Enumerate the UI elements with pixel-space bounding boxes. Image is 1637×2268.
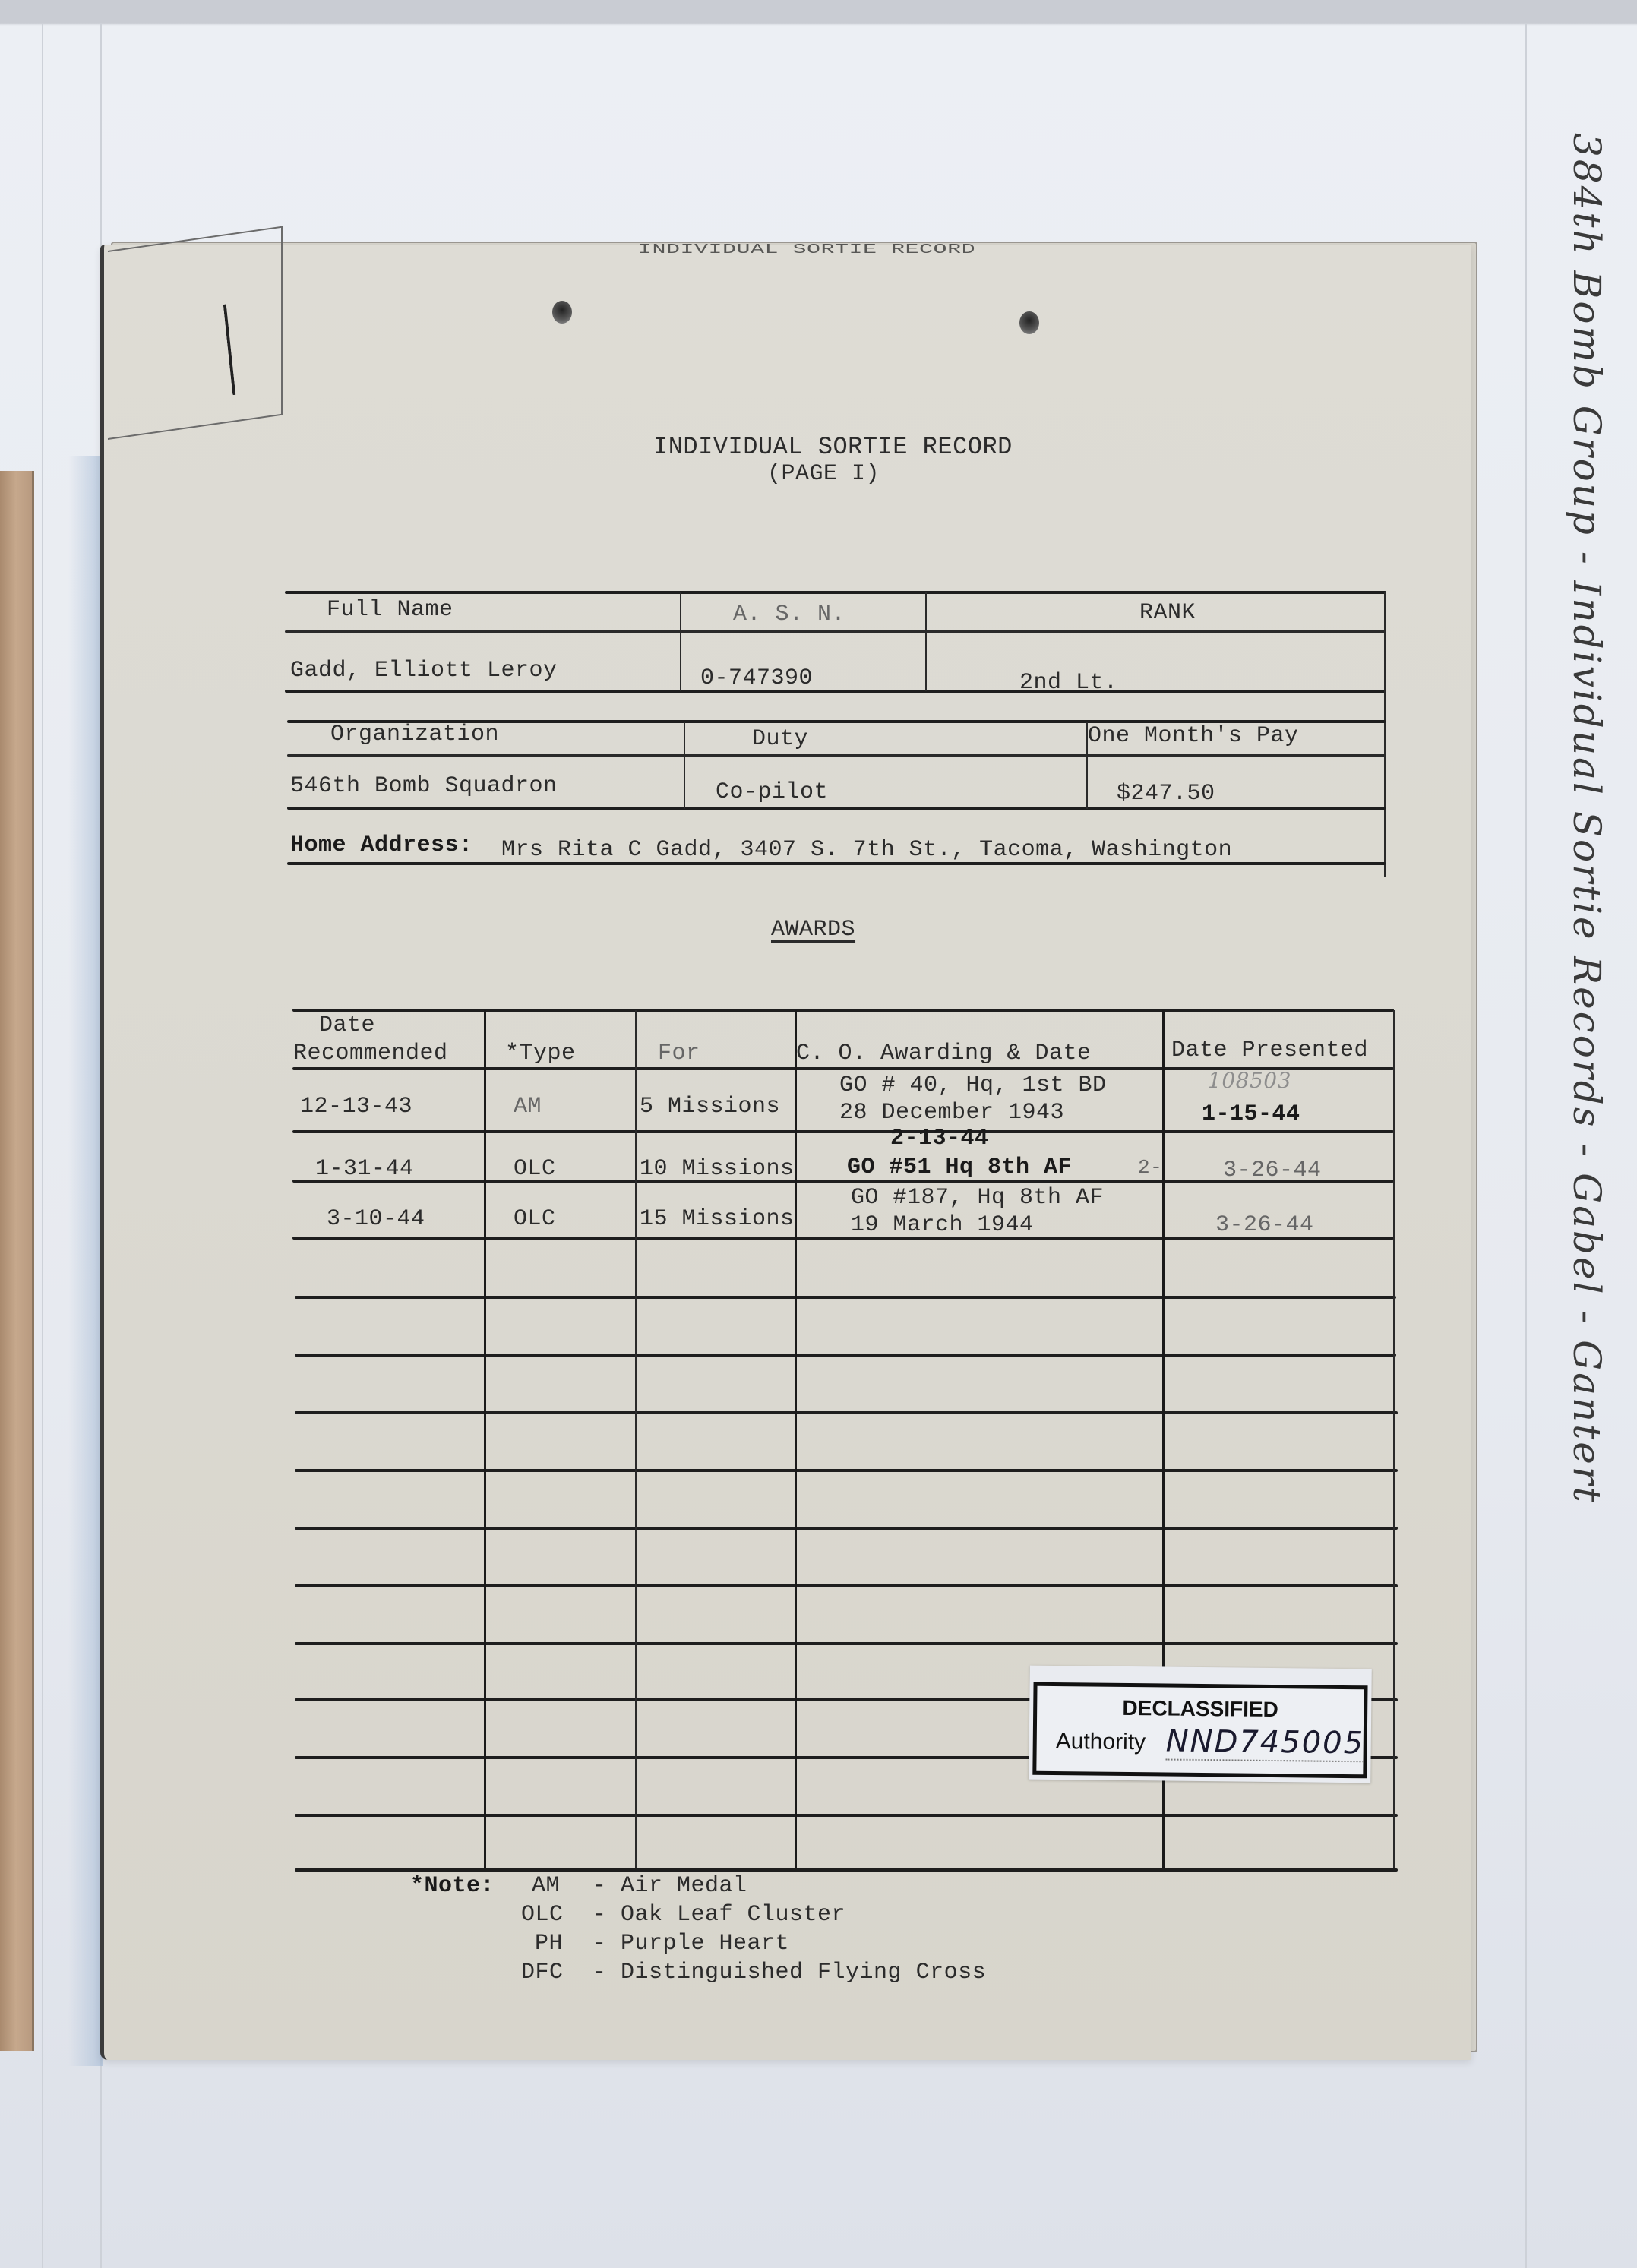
co-awarding-cell-line2: 19 March 1944: [851, 1212, 1034, 1238]
pay-header: One Month's Pay: [1088, 723, 1299, 749]
full-name-value: Gadd, Elliott Leroy: [290, 658, 558, 684]
table-rule: [292, 1130, 1394, 1133]
table-rule: [295, 1642, 1398, 1645]
home-address-value: Mrs Rita C Gadd, 3407 S. 7th St., Tacoma…: [501, 837, 1232, 863]
type-cell: OLC: [514, 1156, 556, 1182]
table-rule: [295, 1584, 1398, 1587]
table-rule: [287, 754, 1386, 757]
co-awarding-cell-line1: 2-13-44: [890, 1126, 989, 1151]
organization-value: 546th Bomb Squadron: [290, 773, 558, 799]
table-rule: [295, 1296, 1396, 1299]
folder-annotation: 384th Bomb Group - Individual Sortie Rec…: [1565, 133, 1609, 1505]
folded-corner: [108, 226, 283, 440]
asn-header: A. S. N.: [733, 602, 845, 627]
table-edge: [1384, 592, 1386, 877]
table-rule: [285, 630, 1386, 633]
co-awarding-cell-line2: 28 December 1943: [839, 1100, 1064, 1126]
bleed-through-text: INDIVIDUAL SORTIE RECORD: [638, 242, 975, 257]
home-address-label: Home Address:: [290, 832, 473, 858]
rank-value: 2nd Lt.: [1019, 670, 1118, 696]
co-awarding-cell-line2: GO #51 Hq 8th AF: [847, 1155, 1072, 1180]
table-rule: [295, 1868, 1398, 1872]
table-rule: [285, 690, 1386, 693]
document-page: [100, 245, 1471, 2060]
authority-label: Authority: [1056, 1729, 1146, 1755]
table-rule: [295, 1527, 1398, 1530]
duty-value: Co-pilot: [716, 779, 828, 805]
type-header: *Type: [505, 1041, 576, 1066]
declassified-title: DECLASSIFIED: [1037, 1695, 1364, 1723]
table-rule: [295, 1469, 1398, 1472]
for-cell: 5 Missions: [640, 1094, 780, 1120]
table-rule: [287, 807, 1386, 810]
date-presented-cell: 3-26-44: [1223, 1158, 1322, 1183]
date-presented-header: Date Presented: [1171, 1038, 1368, 1063]
table-rule: [285, 591, 1386, 594]
column-divider: [684, 722, 685, 809]
date-recommended-cell: 12-13-43: [300, 1094, 412, 1120]
table-rule: [295, 1411, 1398, 1414]
table-rule: [292, 1009, 1394, 1012]
rank-header: RANK: [1139, 600, 1196, 626]
date-presented-cell: 3-26-44: [1215, 1212, 1314, 1238]
date-presented-cell: 1-15-44: [1202, 1101, 1300, 1127]
for-cell: 10 Missions: [640, 1156, 795, 1182]
pencil-annotation: 108503: [1208, 1068, 1291, 1093]
column-divider: [484, 1010, 486, 1868]
note-code: AM: [532, 1873, 560, 1899]
type-cell: AM: [514, 1094, 542, 1120]
organization-header: Organization: [330, 722, 499, 747]
adjacent-document-edge: [0, 471, 34, 2051]
authority-number: NND745005: [1165, 1724, 1364, 1763]
note-meaning: - Oak Leaf Cluster: [593, 1902, 845, 1928]
table-rule: [295, 1354, 1396, 1357]
co-awarding-cell-line1: GO # 40, Hq, 1st BD: [839, 1072, 1107, 1098]
type-cell: OLC: [514, 1206, 556, 1232]
full-name-header: Full Name: [327, 597, 453, 623]
note-code: DFC: [521, 1960, 564, 1985]
note-code: OLC: [521, 1902, 564, 1928]
folder-crease: [42, 23, 43, 2268]
note-meaning: - Purple Heart: [593, 1931, 789, 1957]
note-label: *Note:: [410, 1873, 495, 1899]
awards-heading: AWARDS: [771, 917, 855, 943]
table-rule: [287, 862, 1386, 865]
for-cell: 15 Missions: [640, 1206, 795, 1232]
punch-hole-icon: [1019, 311, 1039, 334]
document-title: INDIVIDUAL SORTIE RECORD: [653, 433, 1013, 461]
shadow: [68, 456, 103, 2066]
note-meaning: - Air Medal: [593, 1873, 747, 1899]
table-rule: [295, 1814, 1398, 1817]
document-subtitle: (PAGE I): [767, 461, 880, 487]
date-recommended-cell: 3-10-44: [327, 1206, 425, 1232]
asn-value: 0-747390: [700, 665, 813, 691]
note-meaning: - Distinguished Flying Cross: [593, 1960, 986, 1985]
margin-mark: 2-: [1138, 1156, 1162, 1179]
pay-value: $247.50: [1117, 781, 1215, 807]
column-divider: [795, 1010, 797, 1868]
co-awarding-header: C. O. Awarding & Date: [796, 1041, 1092, 1066]
date-recommended-header-line2: Recommended: [293, 1041, 448, 1066]
column-divider: [925, 592, 927, 691]
punch-hole-icon: [552, 301, 572, 324]
folder-crease: [1525, 23, 1527, 2268]
column-divider: [680, 592, 681, 691]
date-recommended-header: Date: [319, 1012, 375, 1038]
table-edge: [1393, 1010, 1395, 1868]
declassified-label: DECLASSIFIED Authority NND745005: [1029, 1666, 1372, 1783]
note-code: PH: [535, 1931, 563, 1957]
declassified-label-border: DECLASSIFIED Authority NND745005: [1032, 1682, 1367, 1779]
for-header: For: [658, 1041, 700, 1066]
column-divider: [635, 1010, 637, 1868]
date-recommended-cell: 1-31-44: [315, 1156, 414, 1182]
co-awarding-cell-line1: GO #187, Hq 8th AF: [851, 1185, 1104, 1211]
duty-header: Duty: [752, 726, 808, 752]
